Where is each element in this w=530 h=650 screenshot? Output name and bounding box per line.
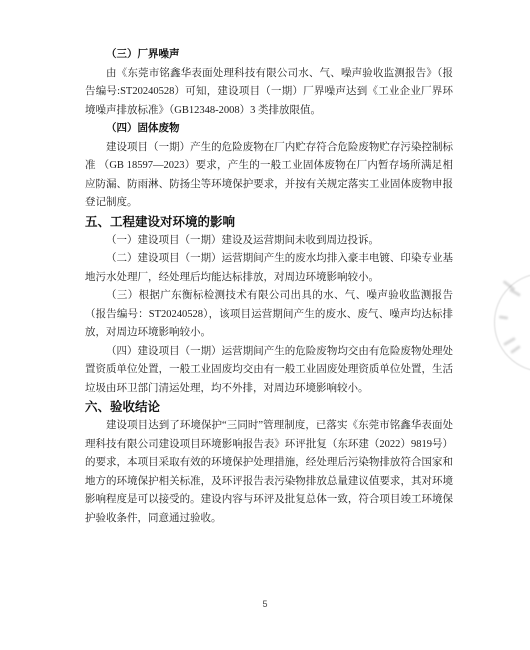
official-seal-stamp <box>494 273 530 372</box>
paragraph-boundary-noise: 由《东莞市铭鑫华表面处理科技有限公司水、气、噪声验收监测报告》（报告编号:ST2… <box>85 65 453 121</box>
paragraph-conclusion: 建设项目达到了环境保护“三同时”管理制度，已落实《东莞市铭鑫华表面处理科技有限公… <box>85 417 453 528</box>
content-area: （三）厂界噪声 由《东莞市铭鑫华表面处理科技有限公司水、气、噪声验收监测报告》（… <box>85 46 453 528</box>
document-page: （三）厂界噪声 由《东莞市铭鑫华表面处理科技有限公司水、气、噪声验收监测报告》（… <box>0 0 530 650</box>
seal-mark <box>503 337 516 346</box>
subsection-heading-solid-waste: （四）固体废物 <box>85 120 453 139</box>
paragraph-impact-4: （四）建设项目（一期）运营期间产生的危险废物均交由有危险废物处理处置资质单位处置… <box>85 343 453 399</box>
section-heading-environmental-impact: 五、工程建设对环境的影响 <box>85 213 453 232</box>
paragraph-impact-2: （二）建设项目（一期）运营期间产生的废水均排入豪丰电镀、印染专业基地污水处理厂，… <box>85 250 453 287</box>
subsection-heading-factory-boundary-noise: （三）厂界噪声 <box>85 46 453 65</box>
paragraph-solid-waste: 建设项目（一期）产生的危险废物在厂内贮存符合危险废物贮存污染控制标准 （GB 1… <box>85 139 453 213</box>
seal-mark <box>510 345 521 354</box>
section-heading-acceptance-conclusion: 六、验收结论 <box>85 398 453 417</box>
seal-mark <box>509 288 521 297</box>
seal-mark <box>499 315 508 319</box>
paragraph-impact-3: （三）根据广东衡标检测技术有限公司出具的水、气、噪声验收监测报告（报告编号：ST… <box>85 287 453 343</box>
page-number: 5 <box>0 599 530 609</box>
paragraph-impact-1: （一）建设项目（一期）建设及运营期间未收到周边投诉。 <box>85 232 453 251</box>
